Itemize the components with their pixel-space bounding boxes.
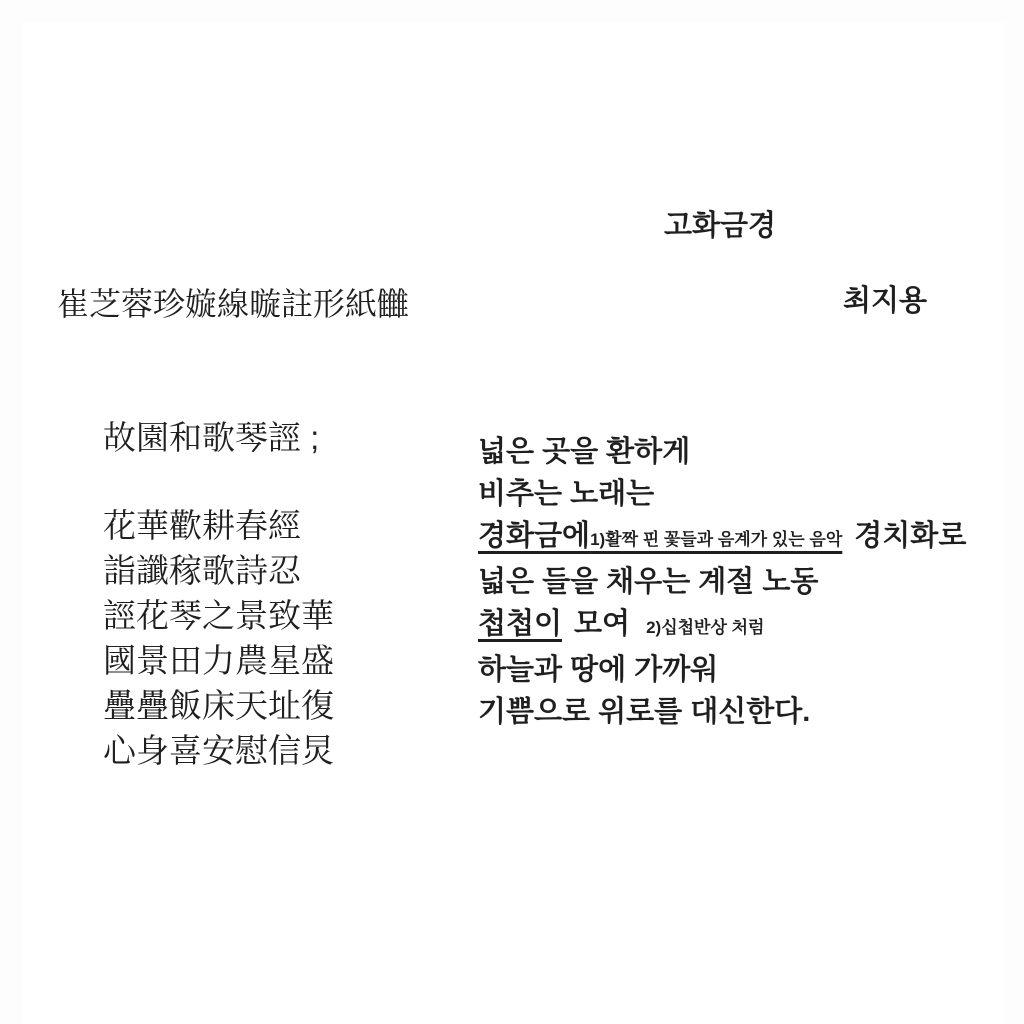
poem-line-2: 비추는 노래는 [478,473,966,515]
underlined-phrase-1: 경화금에1)활짝 핀 꽃들과 음계가 있는 음악 [478,520,842,552]
hanja-opening-line: 故園和歌琴誙 ; [103,418,319,458]
poem-line-3-phrase: 경화금에 [478,520,590,552]
poem-author: 최지용 [843,278,927,319]
poem-body: 넓은 곳을 환하게 비추는 노래는 경화금에1)활짝 핀 꽃들과 음계가 있는 … [478,431,966,733]
poem-line-1: 넓은 곳을 환하게 [478,431,966,473]
poem-line-3: 경화금에1)활짝 핀 꽃들과 음계가 있는 음악경치화로 [478,515,966,561]
hanja-stanza-line-2: 詣讖稼歌詩忍 [103,548,334,593]
hanja-stanza-line-1: 花華歡耕春經 [103,503,334,548]
poem-line-7: 기쁨으로 위로를 대신한다. [478,691,966,733]
hanja-stanza-line-6: 心身喜安慰信炅 [103,728,334,773]
poem-line-5-rest: 모여 [574,608,630,640]
hanja-stanza-line-5: 疊疊飯床天址復 [103,683,334,728]
poem-line-4: 넓은 들을 채우는 계절 노동 [478,561,966,603]
document-page: 崔芝蓉珍嫙線暶註形紙雦 故園和歌琴誙 ; 花華歡耕春經 詣讖稼歌詩忍 誙花琴之景… [22,22,1004,1024]
poem-title: 고화금경 [664,203,776,244]
underlined-phrase-2: 첩첩이 [478,608,562,640]
footnote-1: 1)활짝 핀 꽃들과 음계가 있는 음악 [590,530,842,549]
poem-line-3-rest: 경치화로 [854,520,966,552]
poem-line-5: 첩첩이모여2)십첩반상 처럼 [478,603,966,649]
hanja-stanza-line-4: 國景田力農星盛 [103,638,334,683]
hanja-title: 崔芝蓉珍嫙線暶註形紙雦 [57,285,409,323]
hanja-stanza-line-3: 誙花琴之景致華 [103,593,334,638]
hanja-stanza: 花華歡耕春經 詣讖稼歌詩忍 誙花琴之景致華 國景田力農星盛 疊疊飯床天址復 心身… [103,503,334,773]
poem-line-6: 하늘과 땅에 가까워 [478,649,966,691]
footnote-2: 2)십첩반상 처럼 [646,618,764,637]
